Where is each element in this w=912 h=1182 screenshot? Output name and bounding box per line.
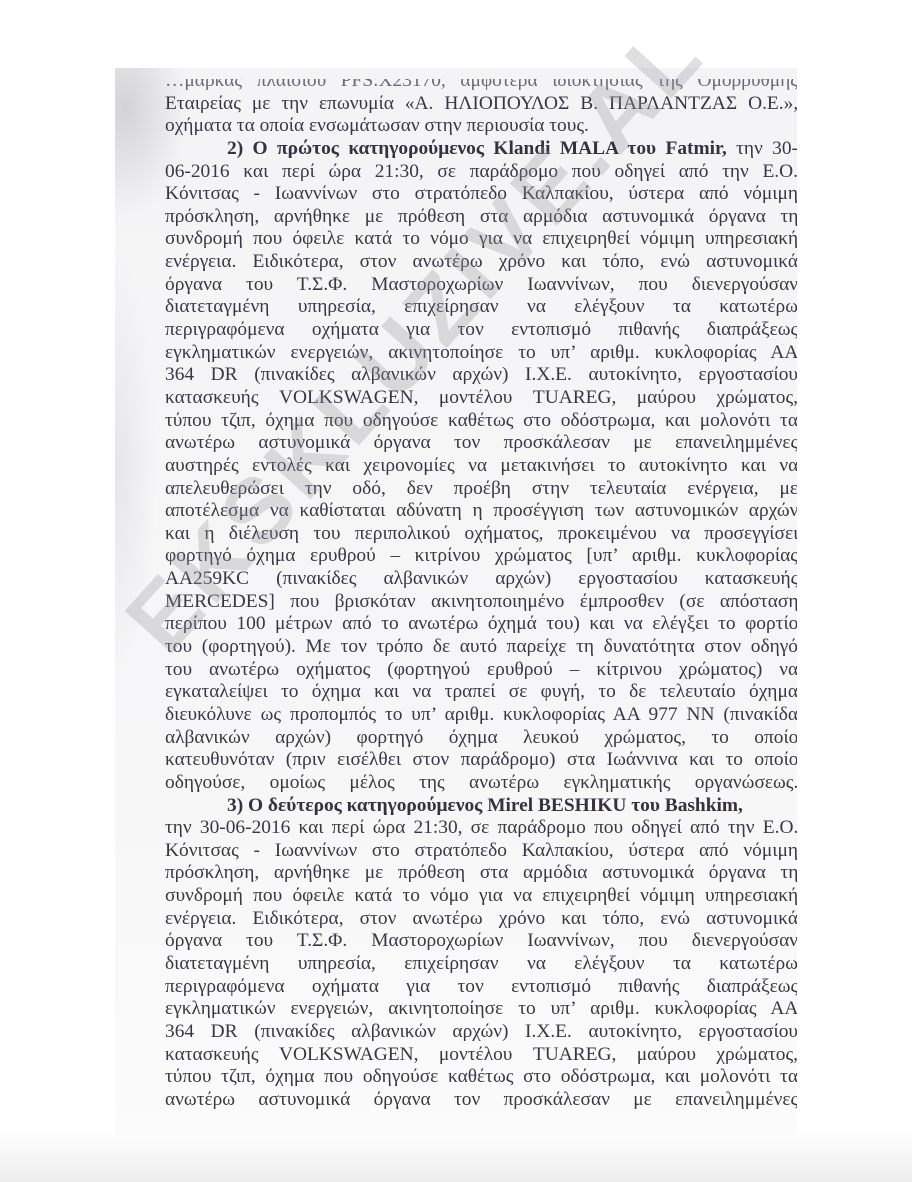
scanned-page: …μάρκας πλαισίου PFS:X23170, αμφότερα ιδ… (115, 68, 797, 1140)
line-text: οδηγούσε, ομοίως μέλος της ανωτέρω εγκλη… (165, 772, 797, 793)
line-text: 06-2016 και περί ώρα 21:30, σε παράδρομο… (165, 161, 797, 182)
line-text: τύπου τζιπ, όχημα που οδηγούσε καθέτως σ… (165, 1066, 797, 1087)
line-text: κατασκευής VOLKSWAGEN, μοντέλου TUAREG, … (165, 387, 797, 408)
text-line: MERCEDES] που βρισκόταν ακινητοποιημένο … (165, 591, 797, 614)
text-line: οδηγούσε, ομοίως μέλος της ανωτέρω εγκλη… (165, 772, 797, 795)
line-text: 364 DR (πινακίδες αλβανικών αρχών) Ι.Χ.Ε… (165, 1021, 797, 1042)
line-text: εγκληματικών ενεργειών, ακινητοποίησε το… (165, 342, 797, 363)
text-line: όργανα του Τ.Σ.Φ. Μαστοροχωρίων Ιωαννίνω… (165, 930, 797, 953)
line-text: απελευθερώσει την οδό, δεν προέβη στην τ… (165, 478, 797, 499)
line-text: συνδρομή που όφειλε κατά το νόμο για να … (165, 885, 797, 906)
line-text: όργανα του Τ.Σ.Φ. Μαστοροχωρίων Ιωαννίνω… (165, 274, 797, 295)
line-text: συνδρομή που όφειλε κατά το νόμο για να … (165, 228, 797, 249)
line-text: ανωτέρω αστυνομικά όργανα τον προσκάλεσα… (165, 1089, 797, 1110)
text-line: εγκληματικών ενεργειών, ακινητοποίησε το… (165, 342, 797, 365)
text-line: ανωτέρω αστυνομικά όργανα τον προσκάλεσα… (165, 1089, 797, 1112)
line-text: Κόνιτσας - Ιωαννίνων στο στρατόπεδο Καλπ… (165, 183, 797, 204)
text-line: 364 DR (πινακίδες αλβανικών αρχών) Ι.Χ.Ε… (165, 1021, 797, 1044)
text-line: Εταιρείας με την επωνυμία «Α. ΗΛΙΟΠΟΥΛΟΣ… (165, 93, 797, 116)
text-line: διευκόλυνε ως προπομπός το υπ’ αριθμ. κυ… (165, 704, 797, 727)
line-text: MERCEDES] που βρισκόταν ακινητοποιημένο … (165, 591, 797, 612)
text-line: AA259KC (πινακίδες αλβανικών αρχών) εργο… (165, 568, 797, 591)
defendant-heading: 3) Ο δεύτερος κατηγορούμενος Mirel BESHI… (227, 795, 743, 816)
text-line: οχήματα τα οποία ενσωμάτωσαν στην περιου… (165, 115, 797, 138)
line-text: κατασκευής VOLKSWAGEN, μοντέλου TUAREG, … (165, 1044, 797, 1065)
line-text: κατευθυνόταν (πριν εισέλθει στον παράδρο… (165, 749, 797, 770)
text-line: κατευθυνόταν (πριν εισέλθει στον παράδρο… (165, 749, 797, 772)
line-text: την 30-06-2016 και περί ώρα 21:30, σε πα… (165, 817, 797, 838)
line-text: του (φορτηγού). Με τον τρόπο δε αυτό παρ… (165, 636, 797, 657)
line-text: πρόσκληση, αρνήθηκε με πρόθεση στα αρμόδ… (165, 206, 797, 227)
line-text: εγκληματικών ενεργειών, ακινητοποίησε το… (165, 998, 797, 1019)
text-line: εγκληματικών ενεργειών, ακινητοποίησε το… (165, 998, 797, 1021)
text-line: διατεταγμένη υπηρεσία, επιχείρησαν να ελ… (165, 296, 797, 319)
line-text: διατεταγμένη υπηρεσία, επιχείρησαν να ελ… (165, 953, 797, 974)
line-text: του ανωτέρω οχήματος (φορτηγού ερυθρού –… (165, 659, 797, 680)
line-text: την 30- (727, 138, 797, 159)
text-line: εγκαταλείψει το όχημα και να τραπεί σε φ… (165, 681, 797, 704)
text-line: συνδρομή που όφειλε κατά το νόμο για να … (165, 228, 797, 251)
line-text: διευκόλυνε ως προπομπός το υπ’ αριθμ. κυ… (165, 704, 797, 725)
line-text: όργανα του Τ.Σ.Φ. Μαστοροχωρίων Ιωαννίνω… (165, 930, 797, 951)
text-line: φορτηγό όχημα ερυθρού – κιτρίνου χρώματο… (165, 545, 797, 568)
text-line: κατασκευής VOLKSWAGEN, μοντέλου TUAREG, … (165, 1044, 797, 1067)
text-line: ενέργεια. Ειδικότερα, στον ανωτέρω χρόνο… (165, 908, 797, 931)
line-text: περίπου 100 μέτρων από το ανωτέρω όχημά … (165, 613, 797, 634)
line-text: ενέργεια. Ειδικότερα, στον ανωτέρω χρόνο… (165, 908, 797, 929)
text-line: πρόσκληση, αρνήθηκε με πρόθεση στα αρμόδ… (165, 862, 797, 885)
text-line: πρόσκληση, αρνήθηκε με πρόθεση στα αρμόδ… (165, 206, 797, 229)
text-line: αλβανικών αρχών) φορτηγό όχημα λευκού χρ… (165, 727, 797, 750)
text-line: περιγραφόμενα οχήματα για τον εντοπισμό … (165, 976, 797, 999)
text-line: Κόνιτσας - Ιωαννίνων στο στρατόπεδο Καλπ… (165, 183, 797, 206)
line-text: και η διέλευση του περιπολικού οχήματος,… (165, 523, 797, 544)
text-line: συνδρομή που όφειλε κατά το νόμο για να … (165, 885, 797, 908)
defendant-heading: 2) Ο πρώτος κατηγορούμενος Klandi MALA τ… (227, 138, 727, 159)
text-line: τύπου τζιπ, όχημα που οδηγούσε καθέτως σ… (165, 410, 797, 433)
text-line: 06-2016 και περί ώρα 21:30, σε παράδρομο… (165, 161, 797, 184)
line-text: αποτέλεσμα να καθίσταται αδύνατη η προσέ… (165, 500, 797, 521)
line-text: περιγραφόμενα οχήματα για τον εντοπισμό … (165, 976, 797, 997)
text-line: περίπου 100 μέτρων από το ανωτέρω όχημά … (165, 613, 797, 636)
text-line: κατασκευής VOLKSWAGEN, μοντέλου TUAREG, … (165, 387, 797, 410)
text-line: Κόνιτσας - Ιωαννίνων στο στρατόπεδο Καλπ… (165, 840, 797, 863)
paragraph-heading-line: 2) Ο πρώτος κατηγορούμενος Klandi MALA τ… (165, 138, 797, 161)
line-text: διατεταγμένη υπηρεσία, επιχείρησαν να ελ… (165, 296, 797, 317)
paragraph-heading-line: 3) Ο δεύτερος κατηγορούμενος Mirel BESHI… (165, 795, 797, 818)
line-text: φορτηγό όχημα ερυθρού – κιτρίνου χρώματο… (165, 545, 797, 566)
line-text: ανωτέρω αστυνομικά όργανα τον προσκάλεσα… (165, 432, 797, 453)
line-text: τύπου τζιπ, όχημα που οδηγούσε καθέτως σ… (165, 410, 797, 431)
line-text: 364 DR (πινακίδες αλβανικών αρχών) Ι.Χ.Ε… (165, 364, 797, 385)
line-text: αλβανικών αρχών) φορτηγό όχημα λευκού χρ… (165, 727, 797, 748)
document-body: …μάρκας πλαισίου PFS:X23170, αμφότερα ιδ… (165, 70, 797, 1111)
text-line: του (φορτηγού). Με τον τρόπο δε αυτό παρ… (165, 636, 797, 659)
text-line: αυστηρές εντολές και χειρονομίες να μετα… (165, 455, 797, 478)
line-text: Εταιρείας με την επωνυμία «Α. ΗΛΙΟΠΟΥΛΟΣ… (165, 93, 797, 114)
text-line: …μάρκας πλαισίου PFS:X23170, αμφότερα ιδ… (165, 70, 797, 93)
line-text: περιγραφόμενα οχήματα για τον εντοπισμό … (165, 319, 797, 340)
text-line: διατεταγμένη υπηρεσία, επιχείρησαν να ελ… (165, 953, 797, 976)
text-line: αποτέλεσμα να καθίσταται αδύνατη η προσέ… (165, 500, 797, 523)
text-line: τύπου τζιπ, όχημα που οδηγούσε καθέτως σ… (165, 1066, 797, 1089)
line-text: …μάρκας πλαισίου PFS:X23170, αμφότερα ιδ… (165, 70, 797, 91)
text-line: περιγραφόμενα οχήματα για τον εντοπισμό … (165, 319, 797, 342)
text-line: όργανα του Τ.Σ.Φ. Μαστοροχωρίων Ιωαννίνω… (165, 274, 797, 297)
text-line: την 30-06-2016 και περί ώρα 21:30, σε πα… (165, 817, 797, 840)
text-line: του ανωτέρω οχήματος (φορτηγού ερυθρού –… (165, 659, 797, 682)
line-text: ενέργεια. Ειδικότερα, στον ανωτέρω χρόνο… (165, 251, 797, 272)
line-text: οχήματα τα οποία ενσωμάτωσαν στην περιου… (165, 115, 589, 136)
text-line: 364 DR (πινακίδες αλβανικών αρχών) Ι.Χ.Ε… (165, 364, 797, 387)
line-text: εγκαταλείψει το όχημα και να τραπεί σε φ… (165, 681, 797, 702)
line-text: αυστηρές εντολές και χειρονομίες να μετα… (165, 455, 797, 476)
text-line: ενέργεια. Ειδικότερα, στον ανωτέρω χρόνο… (165, 251, 797, 274)
text-line: και η διέλευση του περιπολικού οχήματος,… (165, 523, 797, 546)
line-text: πρόσκληση, αρνήθηκε με πρόθεση στα αρμόδ… (165, 862, 797, 883)
text-line: απελευθερώσει την οδό, δεν προέβη στην τ… (165, 478, 797, 501)
line-text: AA259KC (πινακίδες αλβανικών αρχών) εργο… (165, 568, 797, 589)
line-text: Κόνιτσας - Ιωαννίνων στο στρατόπεδο Καλπ… (165, 840, 797, 861)
text-line: ανωτέρω αστυνομικά όργανα τον προσκάλεσα… (165, 432, 797, 455)
